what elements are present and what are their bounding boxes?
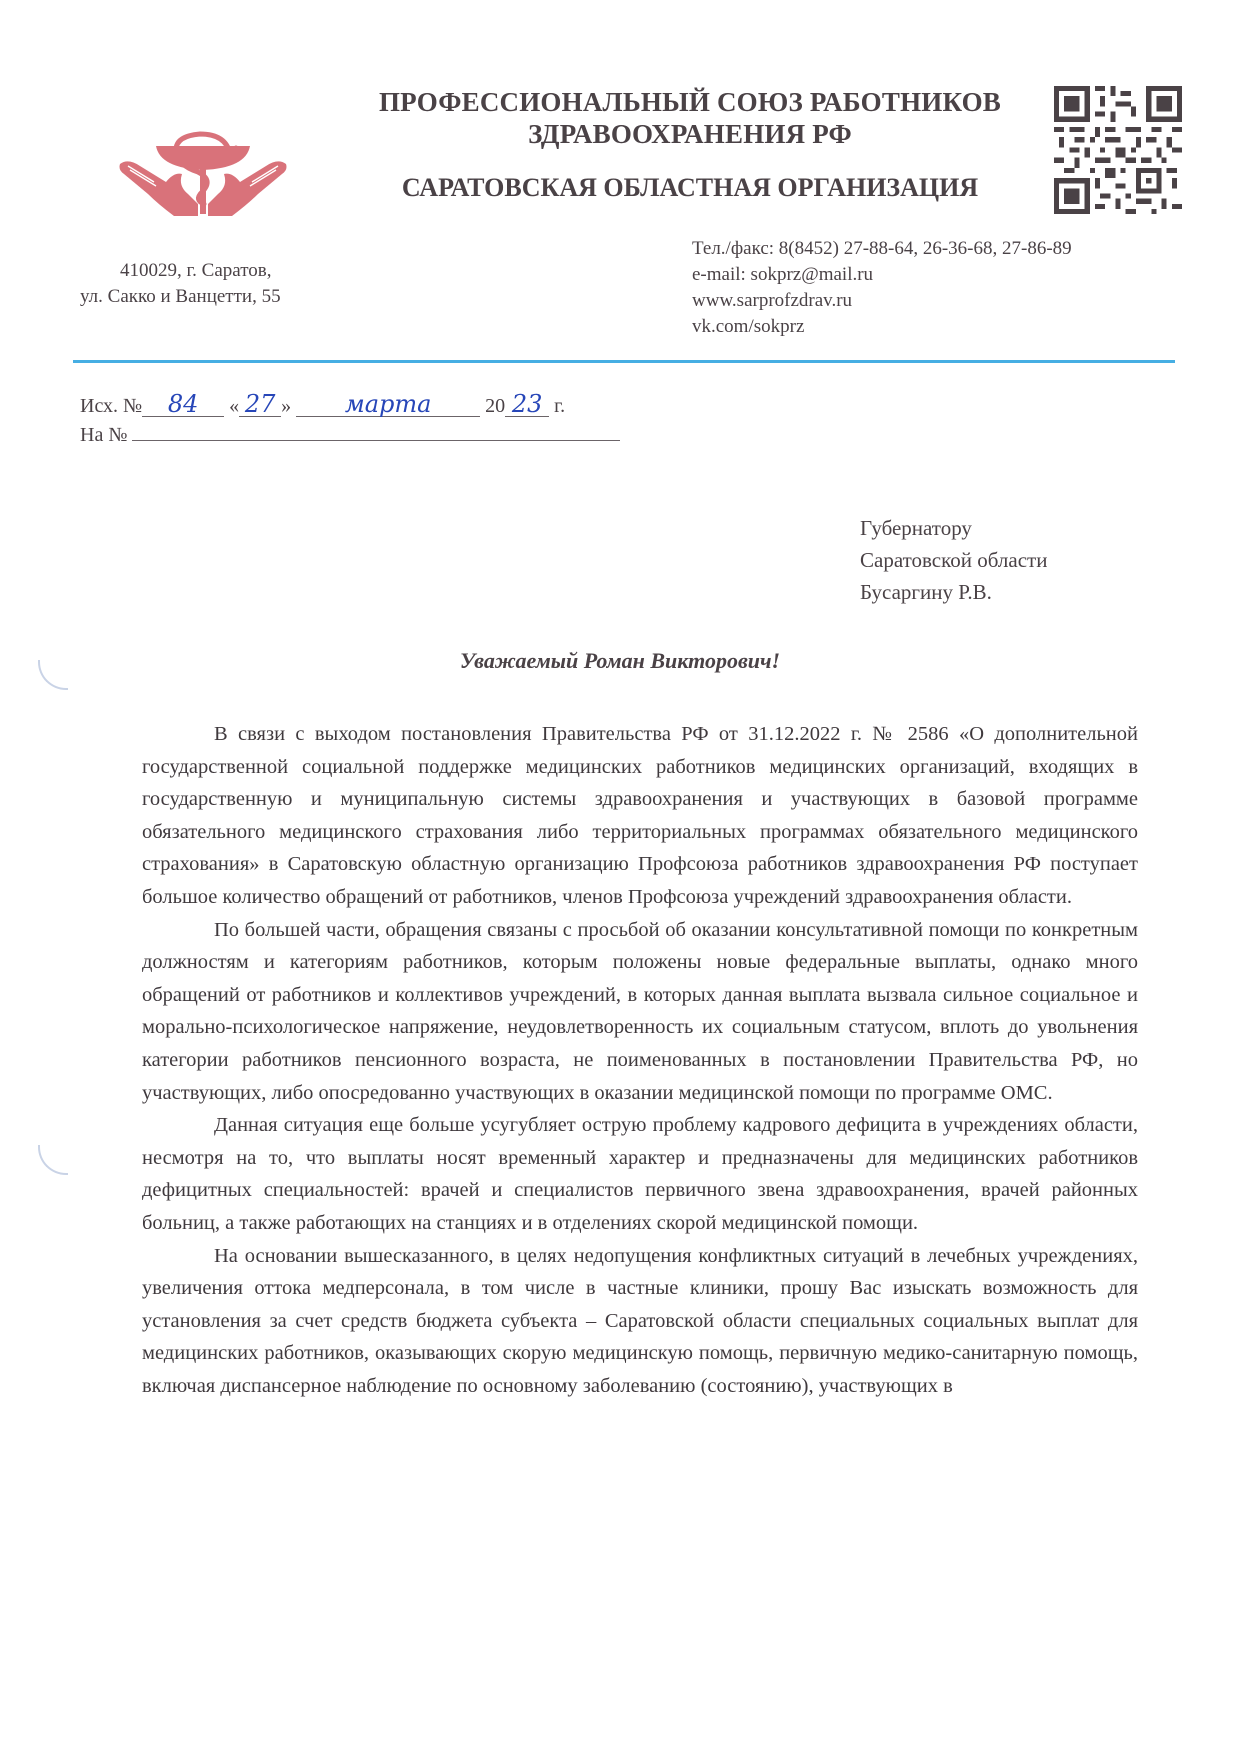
punch-hole-mark (38, 660, 68, 690)
org-name-line2: ЗДРАВООХРАНЕНИЯ РФ (340, 118, 1040, 150)
contact-info: Тел./факс: 8(8452) 27-88-64, 26-36-68, 2… (692, 236, 1072, 340)
quote-close: » (281, 395, 291, 417)
addressee-title: Губернатору (860, 512, 1047, 544)
body-paragraph: В связи с выходом постановления Правител… (142, 718, 1138, 914)
quote-open: « (229, 395, 239, 417)
union-logo (118, 108, 288, 218)
website-link[interactable]: www.sarprofzdrav.ru (692, 288, 1072, 314)
body-paragraph: Данная ситуация еще больше усугубляет ос… (142, 1109, 1138, 1239)
address-line2: ул. Сакко и Ванцетти, 55 (80, 284, 360, 310)
bowl-of-hygieia-hands-icon (118, 108, 288, 218)
postal-address: 410029, г. Саратов, ул. Сакко и Ванцетти… (80, 258, 360, 310)
email-link[interactable]: e-mail: sokprz@mail.ru (692, 262, 1072, 288)
salutation: Уважаемый Роман Викторович! (0, 648, 1240, 674)
vk-link[interactable]: vk.com/sokprz (692, 314, 1072, 340)
outgoing-day: 27 (239, 392, 281, 417)
addressee-block: Губернатору Саратовской области Бусаргин… (860, 512, 1047, 608)
outgoing-number-line: Исх. №84 «27» марта 2023 г. (80, 392, 680, 420)
outgoing-month: марта (296, 392, 480, 417)
qr-code[interactable] (1054, 86, 1182, 214)
reply-number-line: На № (80, 420, 680, 449)
outgoing-year: 23 (505, 392, 549, 417)
body-paragraph: По большей части, обращения связаны с пр… (142, 914, 1138, 1110)
letterhead-divider (73, 360, 1175, 363)
outgoing-number: 84 (142, 392, 224, 417)
address-line1: 410029, г. Саратов, (80, 258, 360, 284)
body-paragraph: На основании вышесказанного, в целях нед… (142, 1240, 1138, 1403)
reply-number-blank (132, 420, 620, 441)
punch-hole-mark (38, 1145, 68, 1175)
org-branch-name: САРАТОВСКАЯ ОБЛАСТНАЯ ОРГАНИЗАЦИЯ (340, 172, 1040, 204)
org-name-line1: ПРОФЕССИОНАЛЬНЫЙ СОЮЗ РАБОТНИКОВ (340, 86, 1040, 118)
year-prefix: 20 (485, 395, 505, 417)
addressee-region: Саратовской области (860, 544, 1047, 576)
addressee-name: Бусаргину Р.В. (860, 576, 1047, 608)
organization-header: ПРОФЕССИОНАЛЬНЫЙ СОЮЗ РАБОТНИКОВ ЗДРАВОО… (340, 86, 1040, 204)
phone-fax: Тел./факс: 8(8452) 27-88-64, 26-36-68, 2… (692, 236, 1072, 262)
year-unit: г. (554, 395, 565, 417)
outgoing-label: Исх. № (80, 395, 142, 417)
registration-block: Исх. №84 «27» марта 2023 г. На № (80, 392, 680, 449)
letter-body: В связи с выходом постановления Правител… (142, 718, 1138, 1402)
qr-code-icon (1054, 86, 1182, 214)
reply-label: На № (80, 424, 127, 446)
